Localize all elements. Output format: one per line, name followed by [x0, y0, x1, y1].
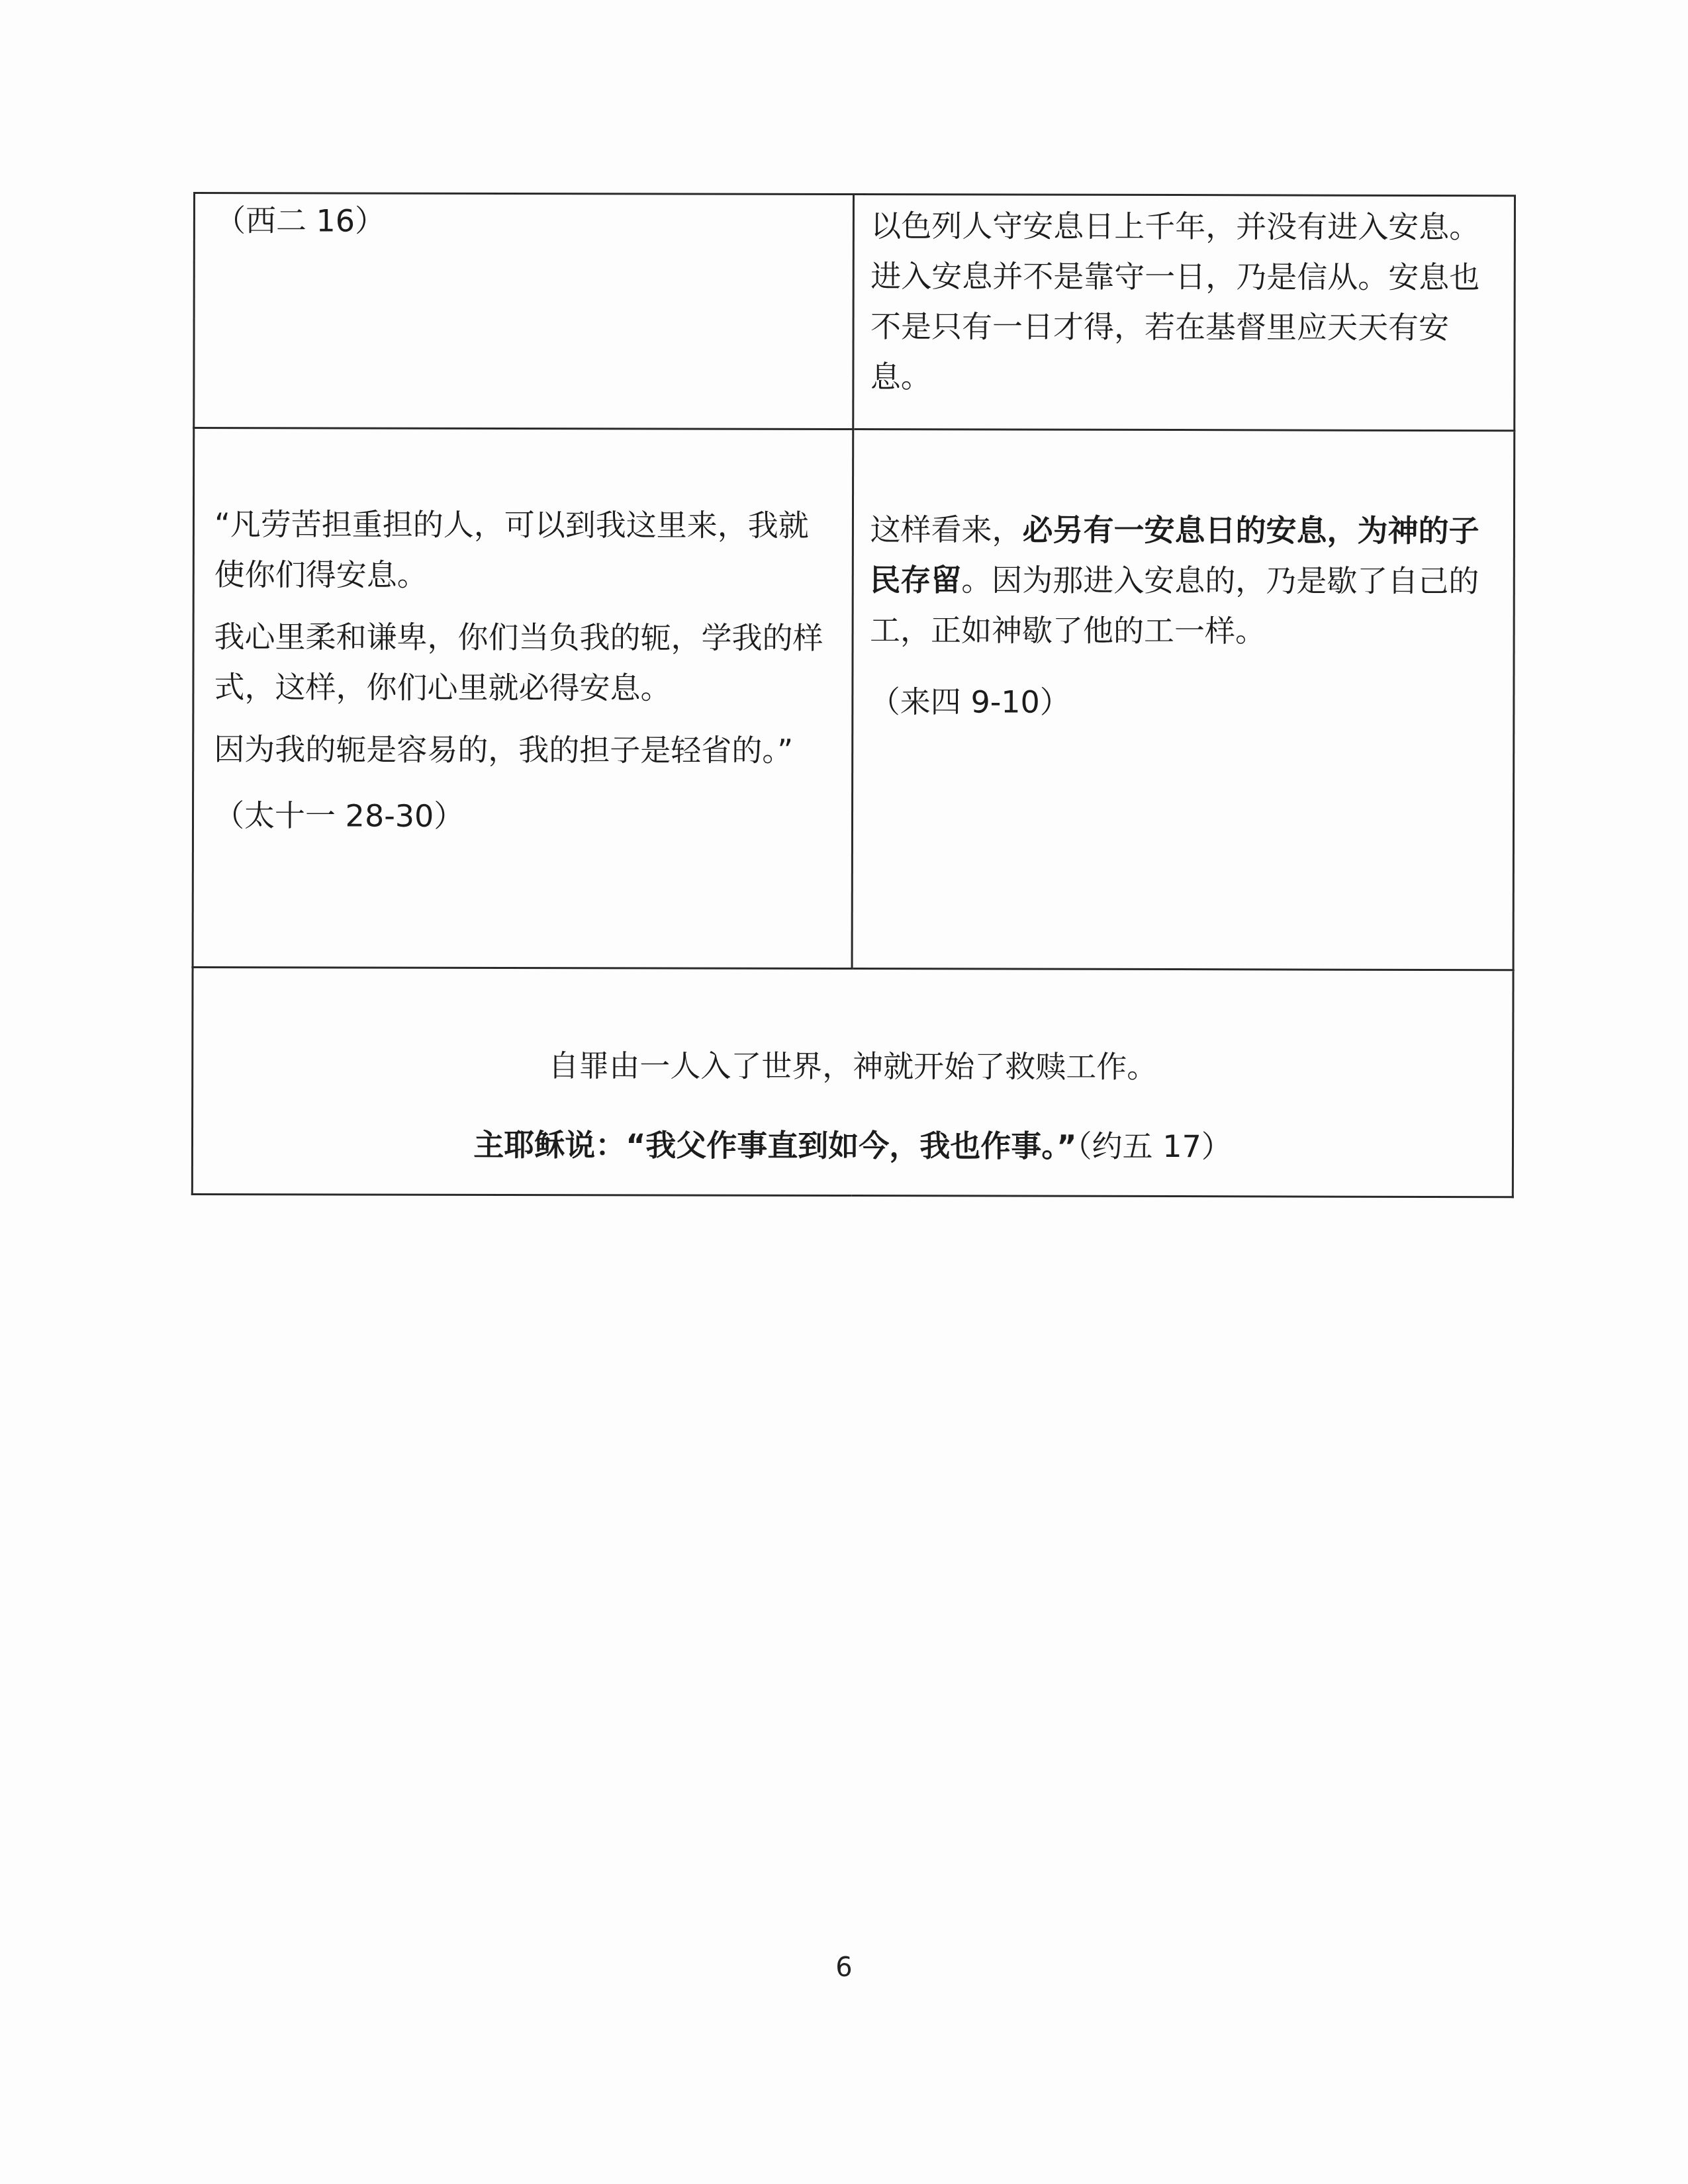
summary-statement: 自罪由一人入了世界，神就开始了救赎工作。 [193, 1040, 1512, 1093]
scripture-text: 这样看来， [870, 512, 1022, 547]
table-row: “凡劳苦担重担的人，可以到我这里来，我就使你们得安息。 我心里柔和谦卑，你们当负… [193, 428, 1515, 970]
table-row: （西二 16） 以色列人守安息日上千年，并没有进入安息。进入安息并不是靠守一日，… [194, 193, 1515, 431]
scripture-paragraph: 这样看来，必另有一安息日的安息，为神的子民存留。因为那进入安息的，乃是歇了自己的… [870, 504, 1497, 657]
page-number: 6 [0, 1952, 1688, 1983]
table-cell-commentary: 以色列人守安息日上千年，并没有进入安息。进入安息并不是靠守一日，乃是信从。安息也… [853, 195, 1515, 431]
summary-quote: 主耶稣说：“我父作事直到如今，我也作事。”（约五 17） [193, 1119, 1512, 1172]
scripture-paragraph: “凡劳苦担重担的人，可以到我这里来，我就使你们得安息。 [214, 499, 837, 601]
scripture-text: 。因为那进入安息的，乃是歇了自己的工，正如神歇了他的工一样。 [870, 562, 1479, 649]
emphasized-quote: 主耶稣说：“我父作事直到如今，我也作事。” [473, 1127, 1077, 1164]
scripture-reference: （太十一 28-30） [214, 790, 836, 842]
table-cell-summary: 自罪由一人入了世界，神就开始了救赎工作。 主耶稣说：“我父作事直到如今，我也作事… [192, 968, 1513, 1197]
scripture-reference: （来四 9-10） [870, 676, 1497, 728]
table-row: 自罪由一人入了世界，神就开始了救赎工作。 主耶稣说：“我父作事直到如今，我也作事… [192, 968, 1513, 1197]
table-cell-scripture: “凡劳苦担重担的人，可以到我这里来，我就使你们得安息。 我心里柔和谦卑，你们当负… [193, 428, 853, 969]
scripture-table: （西二 16） 以色列人守安息日上千年，并没有进入安息。进入安息并不是靠守一日，… [191, 192, 1516, 1198]
document-page: （西二 16） 以色列人守安息日上千年，并没有进入安息。进入安息并不是靠守一日，… [0, 0, 1688, 2184]
table-cell-reference: （西二 16） [194, 193, 854, 430]
scripture-reference: （西二 16） [215, 195, 837, 247]
commentary-text: 以色列人守安息日上千年，并没有进入安息。进入安息并不是靠守一日，乃是信从。安息也… [870, 201, 1498, 403]
scripture-reference: （约五 17） [1077, 1128, 1232, 1164]
scripture-paragraph: 因为我的轭是容易的，我的担子是轻省的。” [214, 724, 836, 776]
scripture-paragraph: 我心里柔和谦卑，你们当负我的轭，学我的样式，这样，你们心里就必得安息。 [214, 612, 836, 713]
table-cell-scripture: 这样看来，必另有一安息日的安息，为神的子民存留。因为那进入安息的，乃是歇了自己的… [853, 430, 1515, 970]
